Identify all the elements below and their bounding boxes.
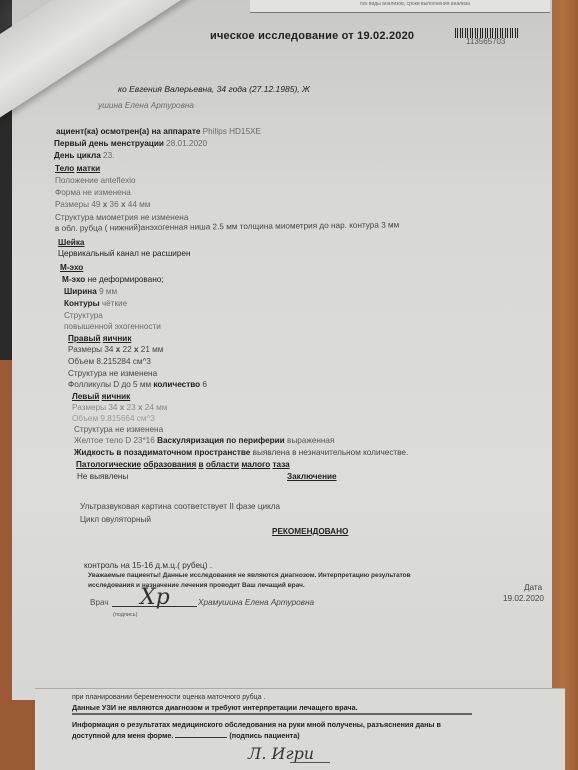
document-text: ическое исследование от 19.02.2020 11356…: [0, 0, 578, 770]
conclusion-line-1: Ультразвуковая картина соответствует II …: [80, 502, 280, 512]
m-echo-contours: Контуры чёткие: [64, 299, 127, 309]
disclaimer-line-2: исследования и назначение лечения провод…: [88, 582, 305, 590]
uterus-position: Положение anteflexio: [55, 176, 136, 186]
doctor-name: Храмушина Елена Артуровна: [198, 598, 314, 608]
menstruation-line: Первый день менструации 28.01.2020: [54, 139, 207, 149]
m-echo-width: Ширина 9 мм: [64, 287, 117, 297]
document-title: ическое исследование от 19.02.2020: [210, 31, 414, 41]
pathology-heading: Патологические образования в области мал…: [76, 460, 290, 470]
uterus-shape: Форма не изменена: [55, 188, 131, 198]
right-ovary-structure: Структура не изменена: [68, 369, 157, 379]
m-echo-structure-value: повышенной эхогенности: [64, 322, 161, 332]
consent-line-1: Информация о результатах медицинского об…: [72, 720, 441, 730]
date-label: Дата: [524, 583, 542, 593]
left-ovary-size: Размеры 34 x 23 x 24 мм: [72, 403, 167, 413]
cervix-heading: Шейка: [58, 238, 84, 248]
device-line: ациент(ка) осмотрен(а) на аппарате Phili…: [56, 127, 261, 137]
right-ovary-volume: Объем 8.215284 см^3: [68, 357, 151, 367]
m-echo-line: М-эхо не деформировано;: [62, 275, 164, 285]
left-ovary-volume: Объем 9.815664 см^3: [72, 414, 155, 424]
disclaimer-line-1: Уважаемые пациенты! Данные исследования …: [88, 572, 411, 580]
right-ovary-heading: Правый яичник: [68, 334, 131, 344]
fluid-line: Жидкость в позадиматочном пространстве в…: [74, 448, 408, 458]
cycle-day-line: День цикла 23.: [54, 151, 114, 161]
left-ovary-heading: Левый яичник: [72, 392, 130, 402]
recommendation-heading: РЕКОМЕНДОВАНО: [272, 527, 348, 537]
cervical-canal: Цервикальный канал не расширен: [58, 249, 190, 259]
right-ovary-follicles: Фолликулы D до 5 мм количество 6: [68, 380, 207, 390]
patient-signature: Л. Игри: [248, 744, 314, 763]
slip-boxed-note: Данные УЗИ не являются диагнозом и требу…: [72, 703, 472, 715]
slip-line-1: при планировании беременности оценка мат…: [72, 693, 265, 703]
patient-name: ко Евгения Валерьевна, 34 года (27.12.19…: [118, 84, 310, 94]
date-value: 19.02.2020: [503, 594, 544, 604]
myometrium-structure: Структура миометрия не изменена: [55, 213, 188, 223]
conclusion-heading: Заключение: [287, 472, 337, 482]
signature-caption: (подпись): [113, 610, 137, 620]
corpus-luteum-line: Желтое тело D 23*16 Васкуляризация по пе…: [74, 436, 334, 446]
left-ovary-structure: Структура не изменена: [74, 425, 163, 435]
recommendation-text: контроль на 15-16 д.м.ц.( рубец) .: [84, 561, 212, 571]
doctor-signature: Хр: [140, 585, 170, 610]
m-echo-structure-label: Структура: [64, 311, 103, 321]
barcode-number: 113565703: [466, 37, 505, 46]
pathology-value: Не выявлены: [77, 472, 128, 482]
doctor-label: Врач: [90, 598, 109, 608]
referring-doctor: ушина Елена Артуровна: [98, 101, 194, 111]
conclusion-line-2: Цикл овуляторный: [80, 515, 151, 525]
right-ovary-size: Размеры 34 x 22 x 21 мм: [68, 345, 163, 355]
consent-line-2: доступной для меня форме. (подпись пацие…: [72, 731, 300, 741]
patient-signature-stroke: [290, 762, 330, 763]
uterus-size: Размеры 49 x 36 x 44 мм: [55, 200, 150, 210]
uterus-heading: Тело матки: [55, 164, 100, 174]
m-echo-heading: М-эхо: [60, 263, 83, 273]
